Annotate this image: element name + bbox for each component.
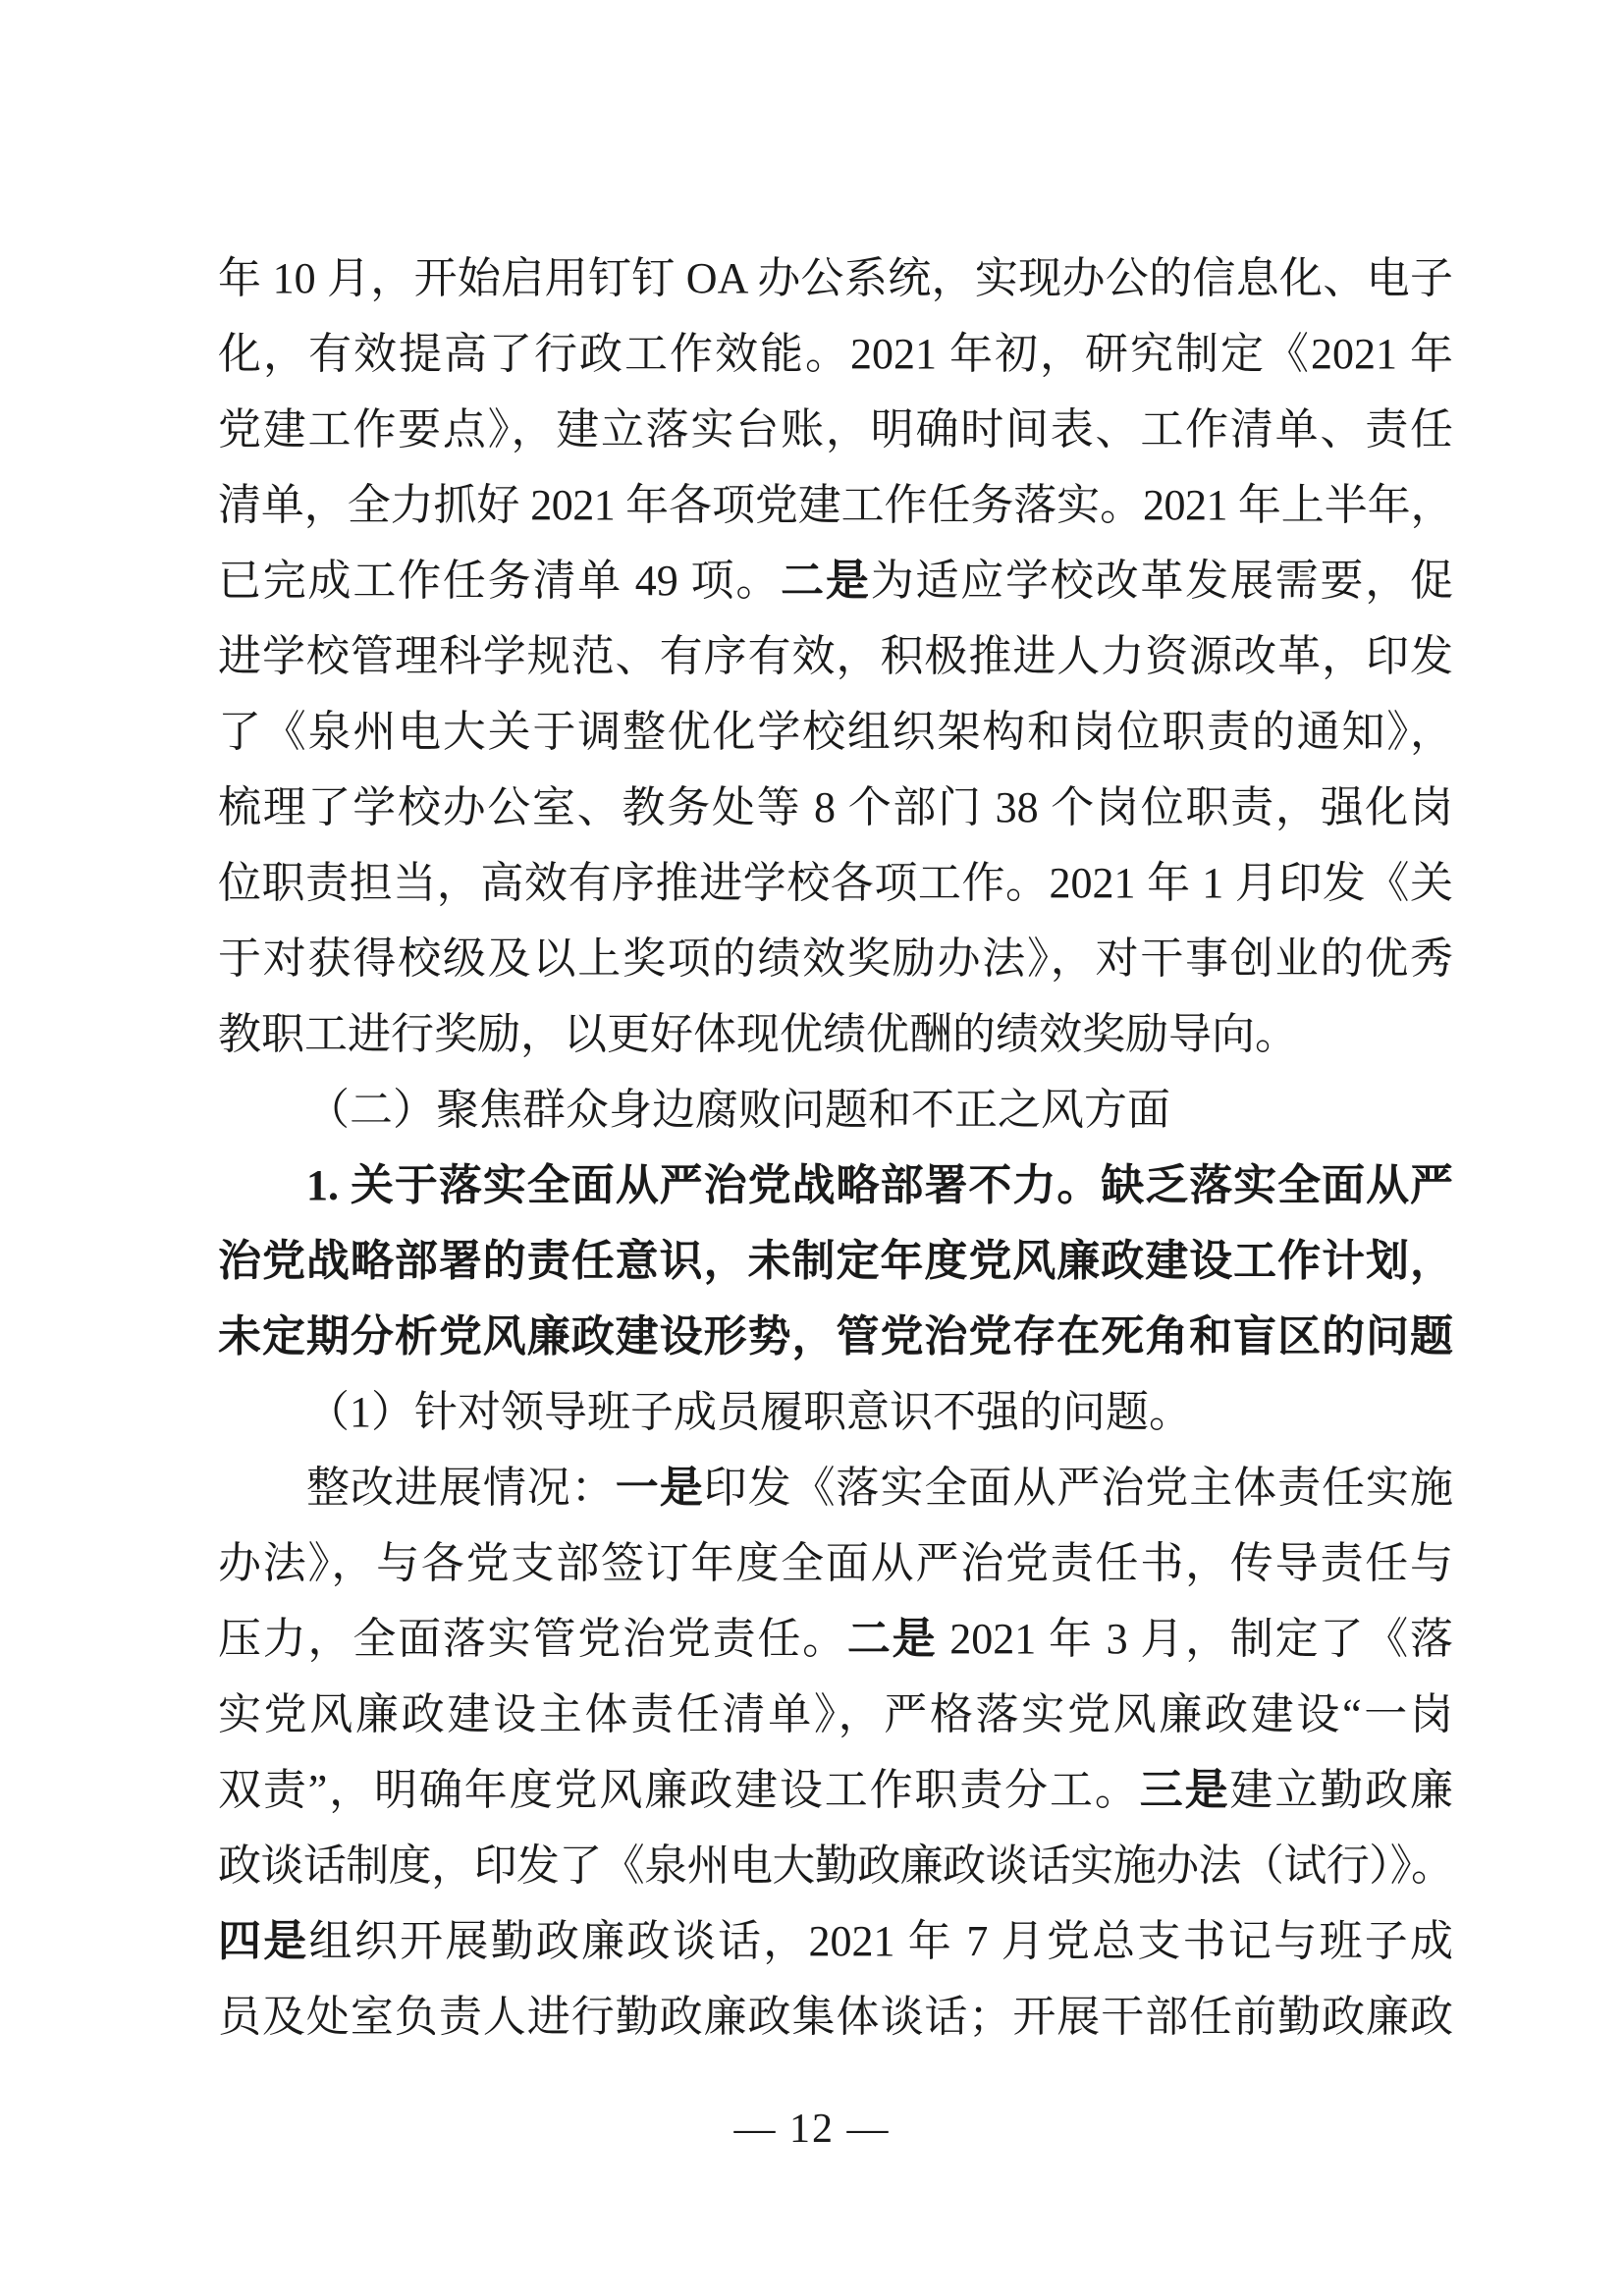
text-line: 位职责担当，高效有序推进学校各项工作。2021 年 1 月印发《关: [218, 845, 1453, 921]
text-line: 1. 关于落实全面从严治党战略部署不力。缺乏落实全面从严: [218, 1148, 1453, 1223]
text-run: （1）针对领导班子成员履职意识不强的问题。: [306, 1388, 1192, 1436]
text-run: （二）聚焦群众身边腐败问题和不正之风方面: [306, 1086, 1170, 1134]
text-run: 双责”，明确年度党风廉政建设工作职责分工。: [218, 1766, 1140, 1814]
document-body: 年 10 月，开始启用钉钉 OA 办公系统，实现办公的信息化、电子化，有效提高了…: [218, 240, 1453, 2055]
text-line: 政谈话制度，印发了《泉州电大勤政廉政谈话实施办法（试行）》。: [218, 1828, 1453, 1903]
text-run: 教职工进行奖励，以更好体现优绩优酬的绩效奖励导向。: [218, 1010, 1298, 1058]
document-page: 年 10 月，开始启用钉钉 OA 办公系统，实现办公的信息化、电子化，有效提高了…: [0, 0, 1624, 2296]
text-line: 实党风廉政建设主体责任清单》，严格落实党风廉政建设“一岗: [218, 1677, 1453, 1752]
text-line: 梳理了学校办公室、教务处等 8 个部门 38 个岗位职责，强化岗: [218, 770, 1453, 845]
text-run: 梳理了学校办公室、教务处等 8 个部门 38 个岗位职责，强化岗: [218, 783, 1453, 831]
text-run: 为适应学校改革发展需要，促: [871, 557, 1453, 605]
text-line: 进学校管理科学规范、有序有效，积极推进人力资源改革，印发: [218, 618, 1453, 694]
text-run: 组织开展勤政廉政谈话，2021 年 7 月党总支书记与班子成: [309, 1917, 1453, 1965]
text-run-bold: 治党战略部署的责任意识，未制定年度党风廉政建设工作计划，: [218, 1237, 1453, 1285]
text-run: 于对获得校级及以上奖项的绩效奖励办法》，对干事创业的优秀: [218, 934, 1453, 983]
text-line: 了《泉州电大关于调整优化学校组织架构和岗位职责的通知》，: [218, 694, 1453, 770]
text-line: 整改进展情况：一是印发《落实全面从严治党主体责任实施: [218, 1450, 1453, 1525]
text-run: 进学校管理科学规范、有序有效，积极推进人力资源改革，印发: [218, 632, 1453, 680]
text-run: 实党风廉政建设主体责任清单》，严格落实党风廉政建设“一岗: [218, 1690, 1453, 1738]
text-run: 政谈话制度，印发了《泉州电大勤政廉政谈话实施办法（试行）》。: [218, 1842, 1453, 1890]
text-line: 员及处室负责人进行勤政廉政集体谈话；开展干部任前勤政廉政: [218, 1979, 1453, 2055]
text-run: 建立勤政廉: [1230, 1766, 1453, 1814]
text-line: 未定期分析党风廉政建设形势，管党治党存在死角和盲区的问题: [218, 1299, 1453, 1374]
text-line: 已完成工作任务清单 49 项。二是为适应学校改革发展需要，促: [218, 543, 1453, 618]
text-run: 位职责担当，高效有序推进学校各项工作。2021 年 1 月印发《关: [218, 859, 1453, 907]
text-run-bold: 一是: [616, 1464, 704, 1512]
text-run: 已完成工作任务清单 49 项。: [218, 557, 781, 605]
text-run: 压力，全面落实管党治党责任。: [218, 1615, 847, 1663]
text-run-bold: 1. 关于落实全面从严治党战略部署不力。缺乏落实全面从严: [306, 1161, 1453, 1209]
text-run-bold: 三是: [1140, 1766, 1230, 1814]
text-line: 教职工进行奖励，以更好体现优绩优酬的绩效奖励导向。: [218, 996, 1453, 1072]
text-line: （二）聚焦群众身边腐败问题和不正之风方面: [218, 1072, 1453, 1148]
text-line: 于对获得校级及以上奖项的绩效奖励办法》，对干事创业的优秀: [218, 921, 1453, 996]
text-line: 办法》，与各党支部签订年度全面从严治党责任书，传导责任与: [218, 1525, 1453, 1601]
text-line: 双责”，明确年度党风廉政建设工作职责分工。三是建立勤政廉: [218, 1752, 1453, 1828]
text-run-bold: 四是: [218, 1917, 309, 1965]
text-run: 整改进展情况：: [306, 1464, 616, 1512]
text-line: 四是组织开展勤政廉政谈话，2021 年 7 月党总支书记与班子成: [218, 1903, 1453, 1979]
page-number: — 12 —: [0, 2105, 1624, 2154]
text-run: 印发《落实全面从严治党主体责任实施: [704, 1464, 1453, 1512]
text-run-bold: 未定期分析党风廉政建设形势，管党治党存在死角和盲区的问题: [218, 1312, 1453, 1361]
text-run: 2021 年 3 月，制定了《落: [937, 1615, 1453, 1663]
text-run: 了《泉州电大关于调整优化学校组织架构和岗位职责的通知》，: [218, 708, 1453, 756]
text-run: 化，有效提高了行政工作效能。2021 年初，研究制定《2021 年: [218, 330, 1453, 378]
text-run-bold: 二是: [847, 1615, 938, 1663]
text-line: （1）针对领导班子成员履职意识不强的问题。: [218, 1374, 1453, 1450]
text-run: 办法》，与各党支部签订年度全面从严治党责任书，传导责任与: [218, 1539, 1453, 1587]
text-run: 员及处室负责人进行勤政廉政集体谈话；开展干部任前勤政廉政: [218, 1993, 1453, 2041]
text-line: 清单，全力抓好 2021 年各项党建工作任务落实。2021 年上半年，: [218, 467, 1453, 543]
text-line: 年 10 月，开始启用钉钉 OA 办公系统，实现办公的信息化、电子: [218, 240, 1453, 316]
text-run: 清单，全力抓好 2021 年各项党建工作任务落实。2021 年上半年，: [218, 481, 1453, 529]
text-run-bold: 二是: [781, 557, 871, 605]
text-line: 化，有效提高了行政工作效能。2021 年初，研究制定《2021 年: [218, 316, 1453, 392]
text-run: 年 10 月，开始启用钉钉 OA 办公系统，实现办公的信息化、电子: [218, 254, 1453, 302]
text-line: 压力，全面落实管党治党责任。二是 2021 年 3 月，制定了《落: [218, 1601, 1453, 1677]
text-run: 党建工作要点》，建立落实台账，明确时间表、工作清单、责任: [218, 405, 1453, 454]
text-line: 党建工作要点》，建立落实台账，明确时间表、工作清单、责任: [218, 392, 1453, 467]
text-line: 治党战略部署的责任意识，未制定年度党风廉政建设工作计划，: [218, 1223, 1453, 1299]
